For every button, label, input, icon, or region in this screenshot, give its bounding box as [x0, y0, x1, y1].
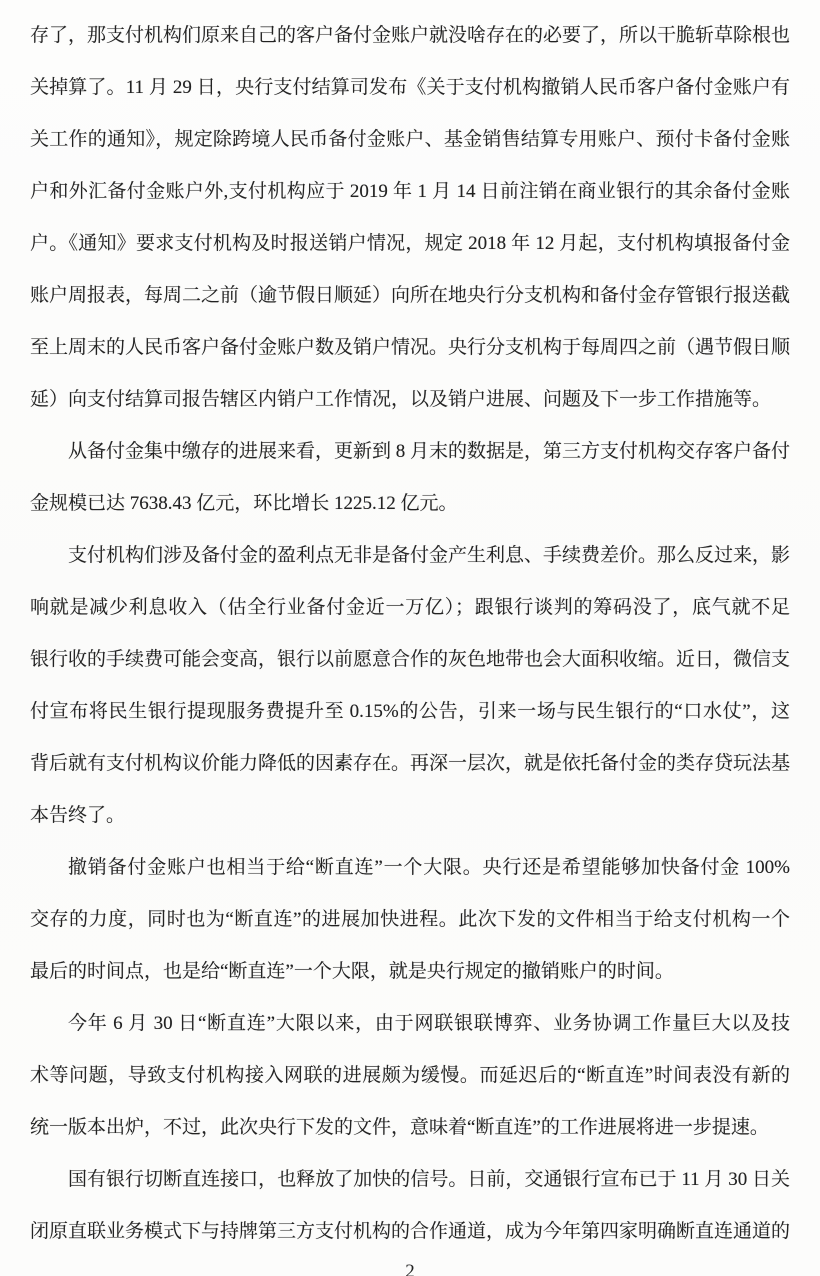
text-line: 银行收的手续费可能会变高，银行以前愿意合作的灰色地带也会大面积收缩。近日，微信支 [30, 634, 790, 686]
text-line: 撤销备付金账户也相当于给“断直连”一个大限。央行还是希望能够加快备付金 100% [30, 842, 790, 894]
text-line: 最后的时间点，也是给“断直连”一个大限，就是央行规定的撤销账户的时间。 [30, 946, 790, 998]
text-line: 闭原直联业务模式下与持牌第三方支付机构的合作通道，成为今年第四家明确断直连通道的 [30, 1206, 790, 1258]
document-page: 存了，那支付机构们原来自己的客户备付金账户就没啥存在的必要了，所以干脆斩草除根也… [0, 0, 820, 1276]
document-text-block: 存了，那支付机构们原来自己的客户备付金账户就没啥存在的必要了，所以干脆斩草除根也… [30, 10, 790, 1258]
text-line: 存了，那支付机构们原来自己的客户备付金账户就没啥存在的必要了，所以干脆斩草除根也 [30, 10, 790, 62]
text-line: 户和外汇备付金账户外,支付机构应于 2019 年 1 月 14 日前注销在商业银… [30, 166, 790, 218]
text-line: 付宣布将民生银行提现服务费提升至 0.15%的公告，引来一场与民生银行的“口水仗… [30, 686, 790, 738]
text-line: 国有银行切断直连接口，也释放了加快的信号。日前，交通银行宣布已于 11 月 30… [30, 1154, 790, 1206]
text-line: 至上周末的人民币客户备付金账户数及销户情况。央行分支机构于每周四之前（遇节假日顺 [30, 322, 790, 374]
text-line: 金规模已达 7638.43 亿元，环比增长 1225.12 亿元。 [30, 478, 790, 530]
text-line: 交存的力度，同时也为“断直连”的进展加快进程。此次下发的文件相当于给支付机构一个 [30, 894, 790, 946]
text-line: 术等问题，导致支付机构接入网联的进展颇为缓慢。而延迟后的“断直连”时间表没有新的 [30, 1050, 790, 1102]
text-line: 户。《通知》要求支付机构及时报送销户情况，规定 2018 年 12 月起，支付机… [30, 218, 790, 270]
text-line: 关工作的通知》，规定除跨境人民币备付金账户、基金销售结算专用账户、预付卡备付金账 [30, 114, 790, 166]
text-line: 支付机构们涉及备付金的盈利点无非是备付金产生利息、手续费差价。那么反过来，影 [30, 530, 790, 582]
text-line: 本告终了。 [30, 790, 790, 842]
text-line: 背后就有支付机构议价能力降低的因素存在。再深一层次，就是依托备付金的类存贷玩法基 [30, 738, 790, 790]
text-line: 统一版本出炉，不过，此次央行下发的文件，意味着“断直连”的工作进展将进一步提速。 [30, 1102, 790, 1154]
text-line: 关掉算了。11 月 29 日，央行支付结算司发布《关于支付机构撤销人民币客户备付… [30, 62, 790, 114]
text-line: 今年 6 月 30 日“断直连”大限以来，由于网联银联博弈、业务协调工作量巨大以… [30, 998, 790, 1050]
text-line: 从备付金集中缴存的进展来看，更新到 8 月末的数据是，第三方支付机构交存客户备付 [30, 426, 790, 478]
page-number: 2 [405, 1262, 415, 1276]
text-line: 延）向支付结算司报告辖区内销户工作情况，以及销户进展、问题及下一步工作措施等。 [30, 374, 790, 426]
text-line: 响就是减少利息收入（估全行业备付金近一万亿）；跟银行谈判的筹码没了，底气就不足了… [30, 582, 790, 634]
text-line: 账户周报表，每周二之前（逾节假日顺延）向所在地央行分支机构和备付金存管银行报送截 [30, 270, 790, 322]
